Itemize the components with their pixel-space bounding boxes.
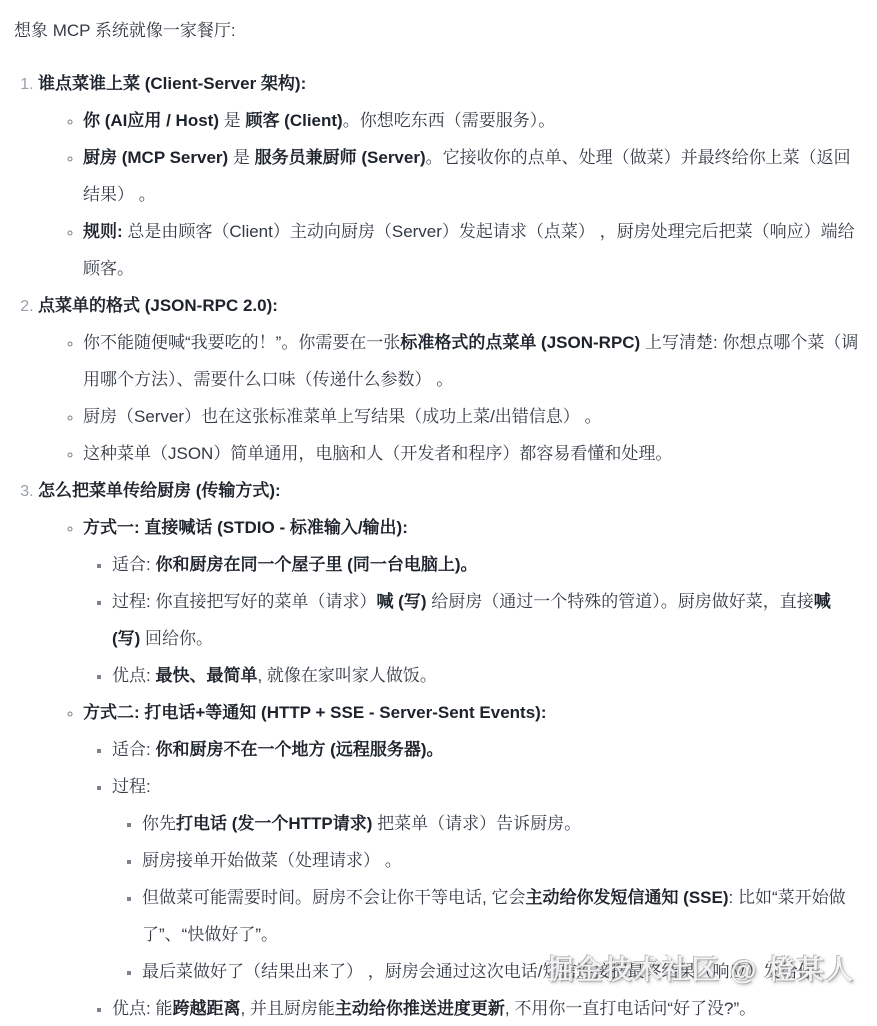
text-run: 但做菜可能需要时间。厨房不会让你干等电话, 它会 <box>142 888 525 907</box>
list-item: 适合: 你和厨房不在一个地方 (远程服务器)。 <box>112 731 861 768</box>
bold-text-run: 你和厨房在同一个屋子里 (同一台电脑上)。 <box>155 555 477 574</box>
list-item: 你 (AI应用 / Host) 是 顾客 (Client)。你想吃东西（需要服务… <box>83 102 861 139</box>
list-item-text: 点菜单的格式 (JSON-RPC 2.0): <box>38 287 861 324</box>
bullet-list-level-2: 适合: 你和厨房在同一个屋子里 (同一台电脑上)。过程: 你直接把写好的菜单（请… <box>83 546 861 694</box>
text-run: 适合: <box>112 740 155 759</box>
list-item: 过程: 你直接把写好的菜单（请求）喊 (写) 给厨房（通过一个特殊的管道）。厨房… <box>112 583 861 657</box>
list-item-text: 适合: 你和厨房不在一个地方 (远程服务器)。 <box>112 731 861 768</box>
text-run: 。你想吃东西（需要服务）。 <box>343 111 556 130</box>
bold-text-run: 服务员兼厨师 (Server) <box>255 148 426 167</box>
text-run: , 就像在家叫家人做饭。 <box>257 666 436 685</box>
bold-text-run: 方式一: 直接喊话 (STDIO - 标准输入/输出): <box>83 518 408 537</box>
bold-text-run: 最快、最简单 <box>155 666 257 685</box>
list-item-text: 方式一: 直接喊话 (STDIO - 标准输入/输出): <box>83 509 861 546</box>
list-item-text: 过程: <box>112 768 861 805</box>
main-ordered-list: 谁点菜谁上菜 (Client-Server 架构):你 (AI应用 / Host… <box>14 65 861 1026</box>
list-item: 厨房（Server）也在这张标准菜单上写结果（成功上菜/出错信息） 。 <box>83 398 861 435</box>
text-run: , 不用你一直打电话问“好了没?”。 <box>505 999 756 1018</box>
list-item-text: 你 (AI应用 / Host) 是 顾客 (Client)。你想吃东西（需要服务… <box>83 102 861 139</box>
bold-text-run: 方式二: 打电话+等通知 (HTTP + SSE - Server-Sent E… <box>83 703 547 722</box>
article-page: 想象 MCP 系统就像一家餐厅: 谁点菜谁上菜 (Client-Server 架… <box>0 0 877 1026</box>
list-item: 优点: 能跨越距离, 并且厨房能主动给你推送进度更新, 不用你一直打电话问“好了… <box>112 990 861 1026</box>
text-run: 你先 <box>142 814 176 833</box>
text-run: 给厨房（通过一个特殊的管道）。厨房做好菜，直接 <box>427 592 814 611</box>
list-item-text: 你不能随便喊“我要吃的！”。你需要在一张标准格式的点菜单 (JSON-RPC) … <box>83 324 861 398</box>
bold-text-run: 打电话 (发一个HTTP请求) <box>176 814 372 833</box>
list-item: 厨房 (MCP Server) 是 服务员兼厨师 (Server)。它接收你的点… <box>83 139 861 213</box>
text-run: , 并且厨房能 <box>240 999 334 1018</box>
list-item: 方式二: 打电话+等通知 (HTTP + SSE - Server-Sent E… <box>83 694 861 1026</box>
bold-text-run: 厨房 (MCP Server) <box>83 148 228 167</box>
bold-text-run: 点菜单的格式 (JSON-RPC 2.0): <box>38 296 278 315</box>
list-item: 方式一: 直接喊话 (STDIO - 标准输入/输出):适合: 你和厨房在同一个… <box>83 509 861 694</box>
list-item: 你不能随便喊“我要吃的！”。你需要在一张标准格式的点菜单 (JSON-RPC) … <box>83 324 861 398</box>
text-run: 优点: <box>112 666 155 685</box>
list-item: 你先打电话 (发一个HTTP请求) 把菜单（请求）告诉厨房。 <box>142 805 861 842</box>
text-run: 最后菜做好了（结果出来了） ，厨房会通过这次电话/短信连接把最终结果（响应）发给… <box>142 962 831 981</box>
text-run: 过程: 你直接把写好的菜单（请求） <box>112 592 376 611</box>
list-item: 这种菜单（JSON）简单通用，电脑和人（开发者和程序）都容易看懂和处理。 <box>83 435 861 472</box>
bold-text-run: 跨越距离 <box>172 999 240 1018</box>
bullet-list-level-2: 适合: 你和厨房不在一个地方 (远程服务器)。过程:你先打电话 (发一个HTTP… <box>83 731 861 1026</box>
list-item-text: 你先打电话 (发一个HTTP请求) 把菜单（请求）告诉厨房。 <box>142 805 861 842</box>
bullet-list-level-1: 你 (AI应用 / Host) 是 顾客 (Client)。你想吃东西（需要服务… <box>38 102 861 287</box>
text-run: 优点: 能 <box>112 999 172 1018</box>
list-item: 最后菜做好了（结果出来了） ，厨房会通过这次电话/短信连接把最终结果（响应）发给… <box>142 953 861 990</box>
bold-text-run: 你和厨房不在一个地方 (远程服务器)。 <box>155 740 443 759</box>
list-item-text: 厨房 (MCP Server) 是 服务员兼厨师 (Server)。它接收你的点… <box>83 139 861 213</box>
text-run: 你不能随便喊“我要吃的！”。你需要在一张 <box>83 333 400 352</box>
bold-text-run: 主动给你发短信通知 (SSE) <box>525 888 728 907</box>
list-item: 过程:你先打电话 (发一个HTTP请求) 把菜单（请求）告诉厨房。厨房接单开始做… <box>112 768 861 990</box>
bold-text-run: 喊 (写) <box>376 592 426 611</box>
list-item-text: 厨房（Server）也在这张标准菜单上写结果（成功上菜/出错信息） 。 <box>83 398 861 435</box>
bullet-list-level-1: 你不能随便喊“我要吃的！”。你需要在一张标准格式的点菜单 (JSON-RPC) … <box>38 324 861 472</box>
list-item-text: 怎么把菜单传给厨房 (传输方式): <box>38 472 861 509</box>
list-item-text: 这种菜单（JSON）简单通用，电脑和人（开发者和程序）都容易看懂和处理。 <box>83 435 861 472</box>
bullet-list-level-1: 方式一: 直接喊话 (STDIO - 标准输入/输出):适合: 你和厨房在同一个… <box>38 509 861 1026</box>
text-run: 回给你。 <box>140 629 213 648</box>
text-run: 厨房（Server）也在这张标准菜单上写结果（成功上菜/出错信息） 。 <box>83 407 602 426</box>
list-item-text: 最后菜做好了（结果出来了） ，厨房会通过这次电话/短信连接把最终结果（响应）发给… <box>142 953 861 990</box>
list-item: 但做菜可能需要时间。厨房不会让你干等电话, 它会主动给你发短信通知 (SSE):… <box>142 879 861 953</box>
list-item-text: 规则: 总是由顾客（Client）主动向厨房（Server）发起请求（点菜） ，… <box>83 213 861 287</box>
bullet-list-level-3: 你先打电话 (发一个HTTP请求) 把菜单（请求）告诉厨房。厨房接单开始做菜（处… <box>112 805 861 990</box>
list-item: 厨房接单开始做菜（处理请求） 。 <box>142 842 861 879</box>
bold-text-run: 规则: <box>83 222 123 241</box>
bold-text-run: 标准格式的点菜单 (JSON-RPC) <box>400 333 640 352</box>
list-item-text: 优点: 最快、最简单, 就像在家叫家人做饭。 <box>112 657 861 694</box>
text-run: 是 <box>228 148 254 167</box>
bold-text-run: 主动给你推送进度更新 <box>335 999 505 1018</box>
bold-text-run: 顾客 (Client) <box>245 111 342 130</box>
text-run: 这种菜单（JSON）简单通用，电脑和人（开发者和程序）都容易看懂和处理。 <box>83 444 672 463</box>
list-item: 点菜单的格式 (JSON-RPC 2.0):你不能随便喊“我要吃的！”。你需要在… <box>38 287 861 472</box>
list-item-text: 谁点菜谁上菜 (Client-Server 架构): <box>38 65 861 102</box>
list-item: 优点: 最快、最简单, 就像在家叫家人做饭。 <box>112 657 861 694</box>
bold-text-run: 你 (AI应用 / Host) <box>83 111 219 130</box>
list-item: 谁点菜谁上菜 (Client-Server 架构):你 (AI应用 / Host… <box>38 65 861 287</box>
list-item: 怎么把菜单传给厨房 (传输方式):方式一: 直接喊话 (STDIO - 标准输入… <box>38 472 861 1026</box>
list-item-text: 适合: 你和厨房在同一个屋子里 (同一台电脑上)。 <box>112 546 861 583</box>
text-run: 总是由顾客（Client）主动向厨房（Server）发起请求（点菜） ，厨房处理… <box>83 222 855 278</box>
list-item-text: 过程: 你直接把写好的菜单（请求）喊 (写) 给厨房（通过一个特殊的管道）。厨房… <box>112 583 861 657</box>
list-item-text: 厨房接单开始做菜（处理请求） 。 <box>142 842 861 879</box>
intro-paragraph: 想象 MCP 系统就像一家餐厅: <box>14 12 861 49</box>
text-run: 厨房接单开始做菜（处理请求） 。 <box>142 851 402 870</box>
list-item-text: 优点: 能跨越距离, 并且厨房能主动给你推送进度更新, 不用你一直打电话问“好了… <box>112 990 861 1026</box>
list-item: 规则: 总是由顾客（Client）主动向厨房（Server）发起请求（点菜） ，… <box>83 213 861 287</box>
bold-text-run: 怎么把菜单传给厨房 (传输方式): <box>38 481 281 500</box>
list-item-text: 方式二: 打电话+等通知 (HTTP + SSE - Server-Sent E… <box>83 694 861 731</box>
text-run: 是 <box>219 111 245 130</box>
list-item: 适合: 你和厨房在同一个屋子里 (同一台电脑上)。 <box>112 546 861 583</box>
text-run: 过程: <box>112 777 151 796</box>
bold-text-run: 谁点菜谁上菜 (Client-Server 架构): <box>38 74 306 93</box>
text-run: 把菜单（请求）告诉厨房。 <box>372 814 581 833</box>
text-run: 适合: <box>112 555 155 574</box>
list-item-text: 但做菜可能需要时间。厨房不会让你干等电话, 它会主动给你发短信通知 (SSE):… <box>142 879 861 953</box>
